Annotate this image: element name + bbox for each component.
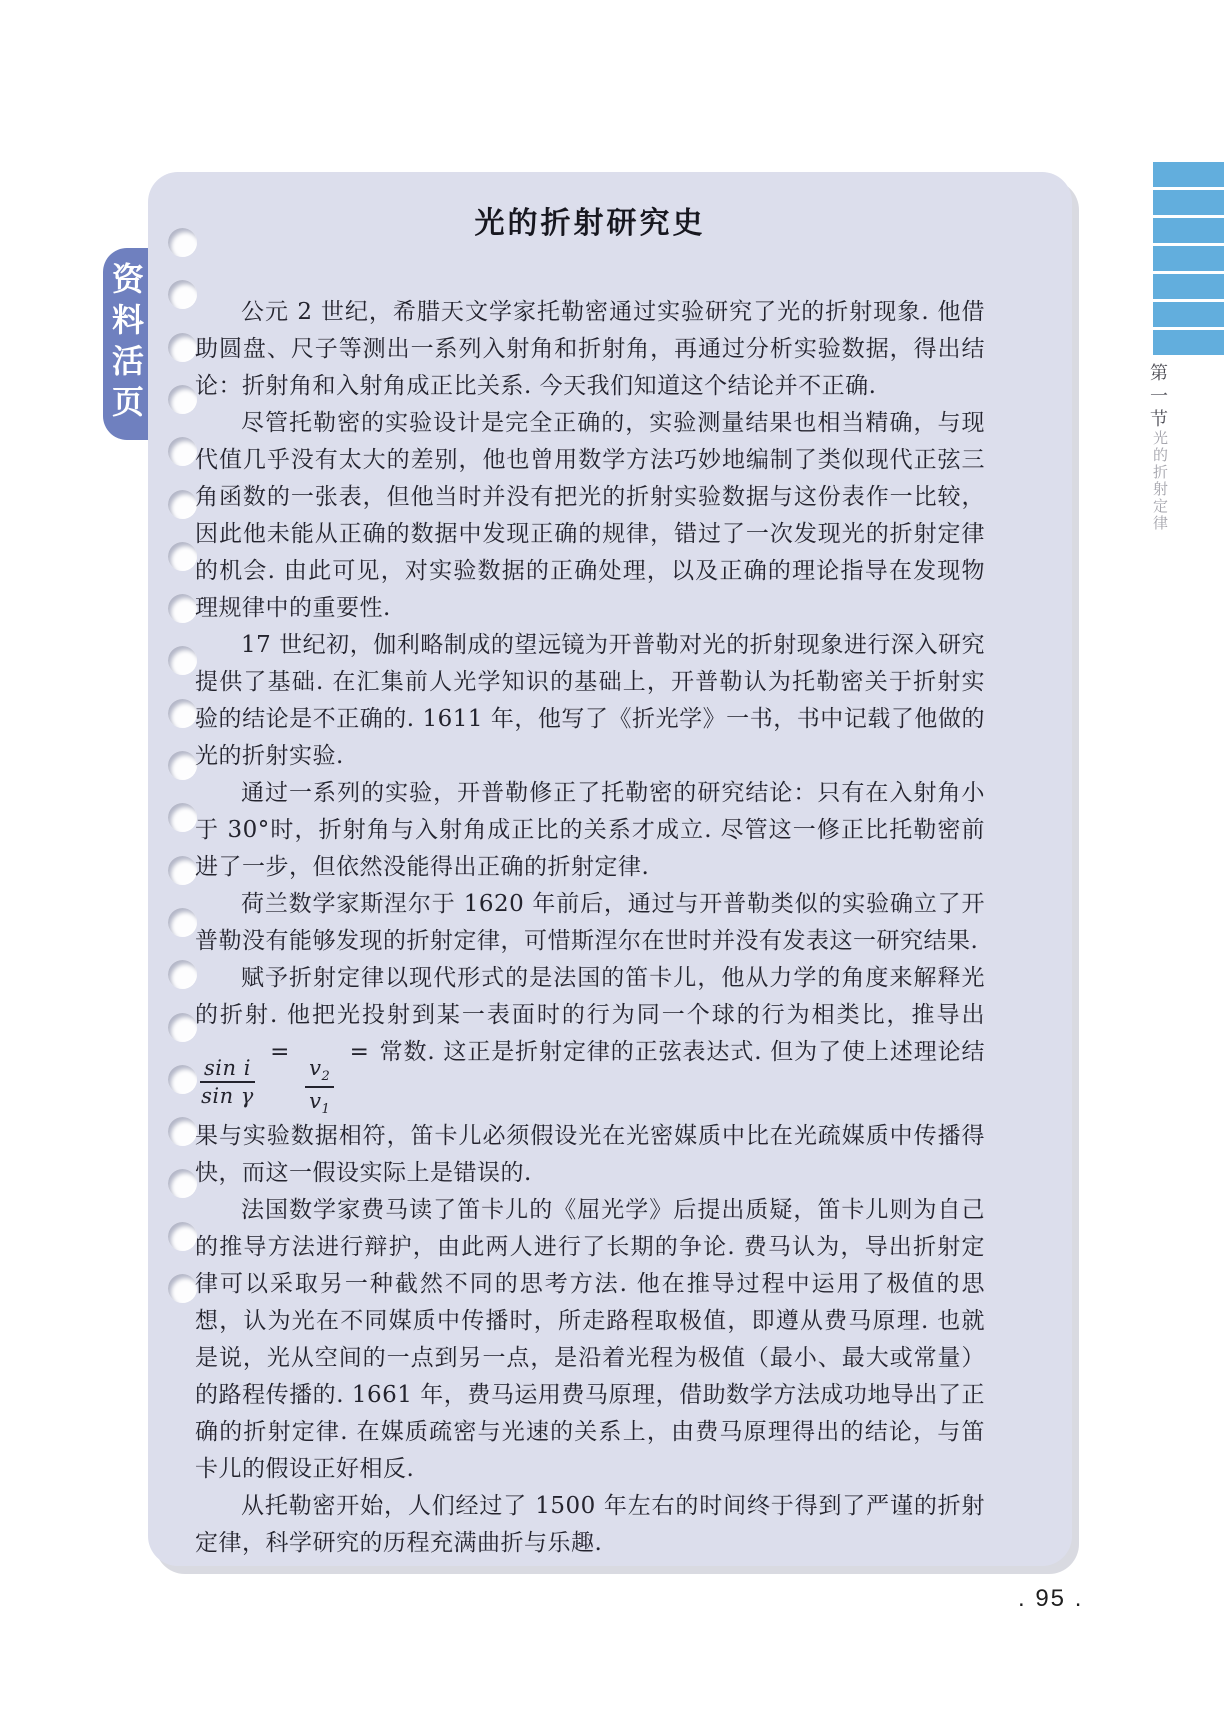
sine-ratio-fraction: sin i sin γ	[200, 1056, 255, 1108]
blue-stripe	[1153, 302, 1224, 327]
binder-hole	[168, 490, 197, 519]
blue-stripe	[1153, 274, 1224, 299]
binder-hole	[168, 333, 197, 362]
binder-hole	[168, 1274, 197, 1303]
section-title-label: 光的折射定律	[1152, 430, 1167, 532]
binder-hole	[168, 228, 197, 257]
equals-sign: =	[270, 1039, 290, 1065]
paragraph-1: 公元 2 世纪，希腊天文学家托勒密通过实验研究了光的折射现象. 他借助圆盘、尺子…	[195, 294, 985, 405]
textbook-page: { "side_tab": { "label": "资料活页" }, "righ…	[0, 0, 1224, 1717]
binder-hole	[168, 803, 197, 832]
paragraph-6-with-formula: 赋予折射定律以现代形式的是法国的笛卡儿，他从力学的角度来解释光的折射. 他把光投…	[195, 960, 985, 1192]
binder-hole	[168, 280, 197, 309]
article-title: 光的折射研究史	[195, 198, 985, 242]
paragraph-4: 通过一系列的实验，开普勒修正了托勒密的研究结论：只有在入射角小于 30°时，折射…	[195, 775, 985, 886]
binder-hole	[168, 1065, 197, 1094]
binder-hole	[168, 699, 197, 728]
binder-hole	[168, 594, 197, 623]
binder-hole	[168, 908, 197, 937]
blue-stripe	[1153, 330, 1224, 355]
binder-hole	[168, 1222, 197, 1251]
paragraph-8: 从托勒密开始，人们经过了 1500 年左右的时间终于得到了严谨的折射定律，科学研…	[195, 1488, 985, 1562]
paragraph-2: 尽管托勒密的实验设计是完全正确的，实验测量结果也相当精确，与现代值几乎没有太大的…	[195, 405, 985, 627]
binder-hole	[168, 960, 197, 989]
equals-sign: =	[350, 1039, 370, 1065]
binder-hole	[168, 751, 197, 780]
blue-stripe	[1153, 162, 1224, 187]
binder-hole	[168, 1117, 197, 1146]
blue-stripe	[1153, 190, 1224, 215]
fraction-denominator: v1	[309, 1088, 330, 1118]
fraction-numerator: sin i	[200, 1056, 255, 1083]
binder-holes-column	[168, 172, 198, 1566]
binder-hole	[168, 856, 197, 885]
paragraph-7: 法国数学家费马读了笛卡儿的《屈光学》后提出质疑，笛卡儿则为自己的推导方法进行辩护…	[195, 1192, 985, 1488]
binder-hole	[168, 542, 197, 571]
velocity-ratio-fraction: v2 v1	[305, 1056, 334, 1118]
article: 光的折射研究史 公元 2 世纪，希腊天文学家托勒密通过实验研究了光的折射现象. …	[195, 198, 985, 1562]
section-number-label: 第一节	[1149, 363, 1167, 432]
blue-stripe	[1153, 218, 1224, 243]
page-number: . 95 .	[1018, 1585, 1083, 1613]
fraction-denominator: sin γ	[201, 1083, 254, 1108]
blue-stripe	[1153, 246, 1224, 271]
binder-hole	[168, 437, 197, 466]
binder-hole	[168, 385, 197, 414]
formula-lead-text: 赋予折射定律以现代形式的是法国的笛卡儿，他从力学的角度来解释光的折射. 他把光投…	[195, 965, 985, 1028]
binder-hole	[168, 646, 197, 675]
binder-hole	[168, 1169, 197, 1198]
side-tab-label: 资料活页	[110, 262, 142, 426]
paragraph-3: 17 世纪初，伽利略制成的望远镜为开普勒对光的折射现象进行深入研究提供了基础. …	[195, 627, 985, 775]
binder-hole	[168, 1013, 197, 1042]
paragraph-5: 荷兰数学家斯涅尔于 1620 年前后，通过与开普勒类似的实验确立了开普勒没有能够…	[195, 886, 985, 960]
chapter-stripe-block	[1153, 162, 1224, 358]
fraction-numerator: v2	[305, 1056, 334, 1088]
content-card: 光的折射研究史 公元 2 世纪，希腊天文学家托勒密通过实验研究了光的折射现象. …	[148, 172, 1072, 1566]
